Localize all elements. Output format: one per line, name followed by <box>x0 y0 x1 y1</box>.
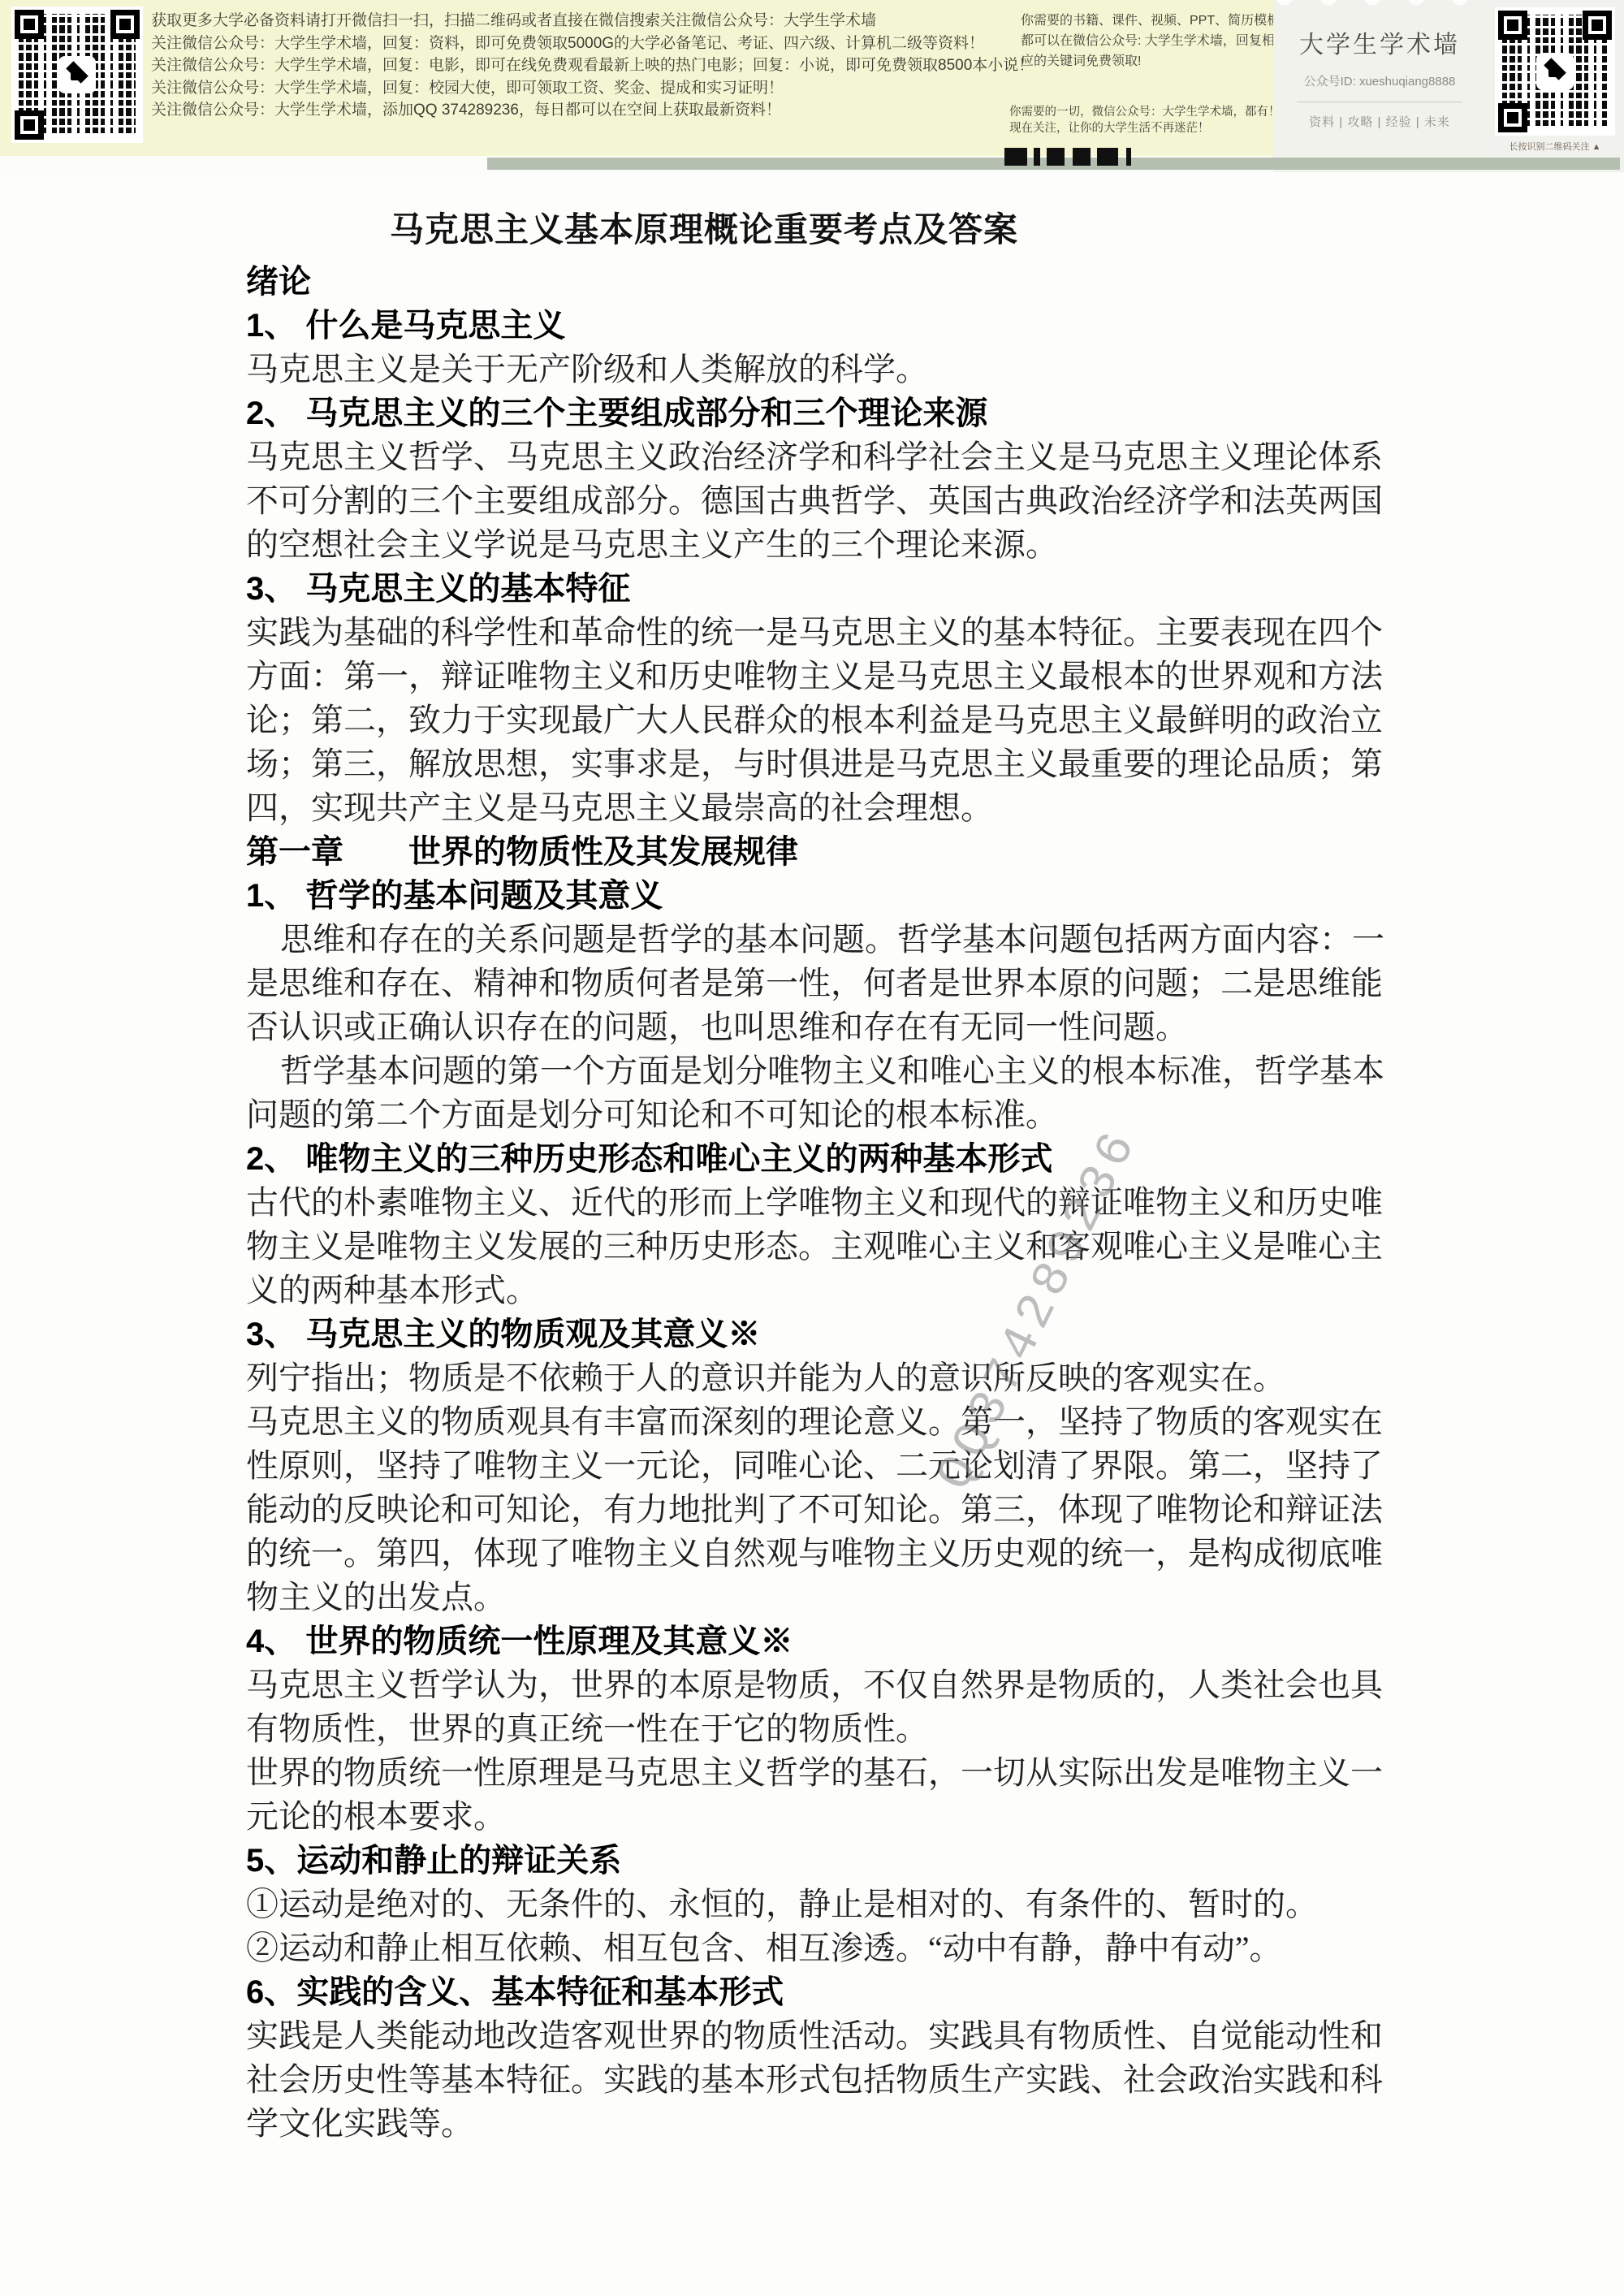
document-line: 元论的根本要求。 <box>246 1795 1624 1839</box>
qr-code-right <box>1495 7 1615 136</box>
graduation-cap-icon <box>1536 53 1574 90</box>
document-line: 2、 马克思主义的三个主要组成部分和三个理论来源 <box>246 391 1624 435</box>
account-card: 大学生学术墙 公众号ID: xueshuqiang8888 资料 | 攻略 | … <box>1273 0 1486 172</box>
qr-finder-icon <box>1498 11 1527 40</box>
document-line: 马克思主义哲学认为，世界的本原是物质，不仅自然界是物质的，人类社会也具 <box>246 1663 1624 1707</box>
account-card-divider <box>1297 102 1462 102</box>
document-line: 5、运动和静止的辩证关系 <box>246 1839 1624 1883</box>
document-line: 不可分割的三个主要组成部分。德国古典哲学、英国古典政治经济学和法英两国 <box>246 479 1624 523</box>
document-line: 实践为基础的科学性和革命性的统一是马克思主义的基本特征。主要表现在四个 <box>246 611 1624 655</box>
promo-line: 你需要的书籍、课件、视频、PPT、简历模板 <box>1021 11 1280 31</box>
document-lines: 绪论1、 什么是马克思主义马克思主义是关于无产阶级和人类解放的科学。2、 马克思… <box>246 260 1624 2146</box>
document-line: ①运动是绝对的、无条件的、永恒的，静止是相对的、有条件的、暂时的。 <box>246 1883 1624 1926</box>
document-line: 问题的第二个方面是划分可知论和不可知论的根本标准。 <box>246 1093 1624 1137</box>
document-line: 4、 世界的物质统一性原理及其意义※ <box>246 1619 1624 1663</box>
document-line: 能动的反映论和可知论，有力地批判了不可知论。第三，体现了唯物论和辩证法 <box>246 1488 1624 1532</box>
document-line: 场；第三，解放思想，实事求是，与时俱进是马克思主义最重要的理论品质；第 <box>246 742 1624 786</box>
document-line: 方面：第一，辩证唯物主义和历史唯物主义是马克思主义最根本的世界观和方法 <box>246 655 1624 698</box>
promo-banner: 获取更多大学必备资料请打开微信扫一扫，扫描二维码或者直接在微信搜索关注微信公众号… <box>0 0 1624 174</box>
promo-text-left: 获取更多大学必备资料请打开微信扫一扫，扫描二维码或者直接在微信搜索关注微信公众号… <box>151 10 1034 122</box>
scanned-document-page: 获取更多大学必备资料请打开微信扫一扫，扫描二维码或者直接在微信搜索关注微信公众号… <box>0 0 1624 2296</box>
cropped-text-remnant <box>1004 148 1137 166</box>
document-line: 绪论 <box>246 260 1624 304</box>
qr-finder-icon <box>110 10 140 39</box>
document-line: 1、 哲学的基本问题及其意义 <box>246 874 1624 918</box>
document-line: 社会历史性等基本特征。实践的基本形式包括物质生产实践、社会政治实践和科 <box>246 2058 1624 2102</box>
promo-line: 都可以在微信公众号: 大学生学术墙，回复相 <box>1021 31 1280 51</box>
promo-line: 你需要的一切，微信公众号：大学生学术墙，都有！ <box>1009 104 1281 120</box>
document-line: 古代的朴素唯物主义、近代的形而上学唯物主义和现代的辩证唯物主义和历史唯 <box>246 1181 1624 1225</box>
document-line: 义的两种基本形式。 <box>246 1269 1624 1312</box>
document-line: 论；第二，致力于实现最广大人民群众的根本利益是马克思主义最鲜明的政治立 <box>246 698 1624 742</box>
document-line: 四，实现共产主义是马克思主义最崇高的社会理想。 <box>246 786 1624 830</box>
document-line: 有物质性，世界的真正统一性在于它的物质性。 <box>246 1707 1624 1751</box>
document-title: 马克思主义基本原理概论重要考点及答案 <box>390 203 1624 252</box>
document-line: 世界的物质统一性原理是马克思主义哲学的基石，一切从实际出发是唯物主义一 <box>246 1751 1624 1795</box>
qr-code-left <box>11 6 143 143</box>
graduation-cap-icon <box>58 56 96 93</box>
document-line: 实践是人类能动地改造客观世界的物质性活动。实践具有物质性、自觉能动性和 <box>246 2014 1624 2058</box>
promo-line: 现在关注，让你的大学生活不再迷茫！ <box>1009 120 1281 136</box>
document-line: 列宁指出；物质是不依赖于人的意识并能为人的意识所反映的客观实在。 <box>246 1356 1624 1400</box>
promo-line: 关注微信公众号：大学生学术墙，回复：电影，即可在线免费观看最新上映的热门电影；回… <box>151 54 1034 77</box>
promo-line: 关注微信公众号：大学生学术墙，回复：资料，即可免费领取5000G的大学必备笔记、… <box>151 32 1034 55</box>
qr-scan-caption: 长按识别二维码关注 ▲ <box>1486 140 1624 153</box>
promo-text-right-bottom: 你需要的一切，微信公众号：大学生学术墙，都有！现在关注，让你的大学生活不再迷茫！ <box>1009 104 1281 136</box>
document-line: 是思维和存在、精神和物质何者是第一性，何者是世界本原的问题；二是思维能 <box>246 962 1624 1005</box>
account-card-tags: 资料 | 攻略 | 经验 | 未来 <box>1273 113 1486 130</box>
document-line: 思维和存在的关系问题是哲学的基本问题。哲学基本问题包括两方面内容：一 <box>246 918 1624 962</box>
qr-finder-icon <box>15 10 44 39</box>
document-content: 马克思主义基本原理概论重要考点及答案 绪论1、 什么是马克思主义马克思主义是关于… <box>0 174 1624 2146</box>
document-line: 马克思主义的物质观具有丰富而深刻的理论意义。第一，坚持了物质的客观实在 <box>246 1400 1624 1444</box>
qr-code-right-panel: 长按识别二维码关注 ▲ <box>1486 0 1624 172</box>
qr-finder-icon <box>15 110 44 140</box>
document-line: 哲学基本问题的第一个方面是划分唯物主义和唯心主义的根本标准，哲学基本 <box>246 1049 1624 1093</box>
document-line: 马克思主义哲学、马克思主义政治经济学和科学社会主义是马克思主义理论体系 <box>246 435 1624 479</box>
qr-finder-icon <box>1583 11 1612 40</box>
account-card-title: 大学生学术墙 <box>1273 24 1486 60</box>
promo-line: 关注微信公众号：大学生学术墙，添加QQ 374289236，每日都可以在空间上获… <box>151 99 1034 122</box>
document-line: 学文化实践等。 <box>246 2102 1624 2146</box>
promo-line: 获取更多大学必备资料请打开微信扫一扫，扫描二维码或者直接在微信搜索关注微信公众号… <box>151 10 1034 32</box>
document-line: 物主义是唯物主义发展的三种历史形态。主观唯心主义和客观唯心主义是唯心主 <box>246 1225 1624 1269</box>
document-line: 3、 马克思主义的基本特征 <box>246 567 1624 611</box>
document-line: ②运动和静止相互依赖、相互包含、相互渗透。“动中有静，静中有动”。 <box>246 1926 1624 1970</box>
document-line: 的统一。第四，体现了唯物主义自然观与唯物主义历史观的统一，是构成彻底唯 <box>246 1532 1624 1576</box>
document-line: 的空想社会主义学说是马克思主义产生的三个理论来源。 <box>246 523 1624 567</box>
qr-finder-icon <box>1498 103 1527 132</box>
document-line: 否认识或正确认识存在的问题，也叫思维和存在有无同一性问题。 <box>246 1005 1624 1049</box>
account-card-id: 公众号ID: xueshuqiang8888 <box>1273 72 1486 89</box>
promo-line: 关注微信公众号：大学生学术墙，回复：校园大使，即可领取工资、奖金、提成和实习证明… <box>151 77 1034 100</box>
document-line: 马克思主义是关于无产阶级和人类解放的科学。 <box>246 348 1624 391</box>
document-line: 2、 唯物主义的三种历史形态和唯心主义的两种基本形式 <box>246 1137 1624 1181</box>
document-line: 物主义的出发点。 <box>246 1576 1624 1619</box>
promo-line: 应的关键词免费领取! <box>1021 51 1280 71</box>
promo-text-right: 你需要的书籍、课件、视频、PPT、简历模板都可以在微信公众号: 大学生学术墙，回… <box>1021 11 1280 71</box>
document-line: 3、 马克思主义的物质观及其意义※ <box>246 1312 1624 1356</box>
document-line: 6、实践的含义、基本特征和基本形式 <box>246 1970 1624 2014</box>
document-line: 1、 什么是马克思主义 <box>246 304 1624 348</box>
document-line: 第一章 世界的物质性及其发展规律 <box>246 830 1624 874</box>
